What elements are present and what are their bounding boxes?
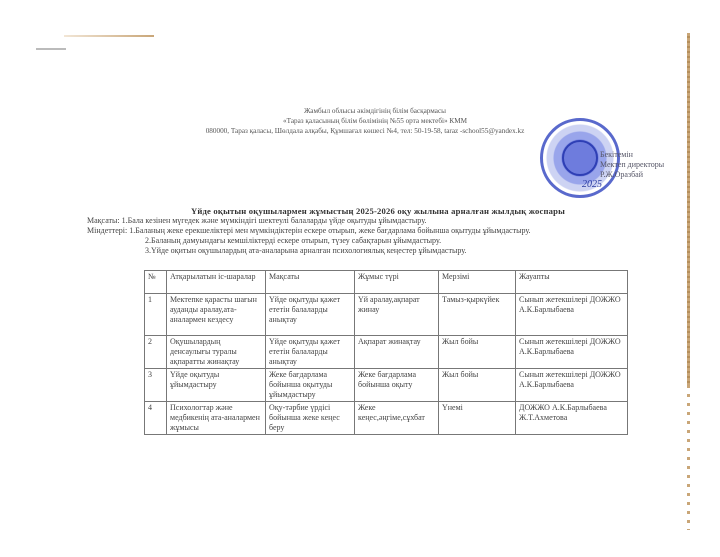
letterhead-department: Жамбыл облысы әкімдігінің білім басқарма… <box>190 106 560 116</box>
cell-deadline: Жыл бойы <box>439 369 516 402</box>
goals-section: Мақсаты: 1.Бала кезінен мүгедек және мүм… <box>87 216 531 256</box>
cell-number: 4 <box>145 402 167 435</box>
cell-work-type: Үй аралау,ақпарат жинау <box>355 294 439 336</box>
header-work-type: Жұмыс түрі <box>355 271 439 294</box>
cell-goal: Үйде оқытуды қажет ететін балаларды анық… <box>266 336 355 369</box>
plan-table: № Атқарылатын іс-шаралар Мақсаты Жұмыс т… <box>144 270 628 435</box>
cell-number: 1 <box>145 294 167 336</box>
goal-label: Мақсаты: <box>87 216 120 226</box>
cell-responsible: Сынып жетекшілері ДОЖЖО А.К.Барлыбаева <box>516 294 628 336</box>
header-goal: Мақсаты <box>266 271 355 294</box>
cell-goal: Оқу-тәрбие үрдісі бойынша жеке кеңес бер… <box>266 402 355 435</box>
signature-date: 2025 <box>582 180 664 190</box>
table-header-row: № Атқарылатын іс-шаралар Мақсаты Жұмыс т… <box>145 271 628 294</box>
cell-activity: Үйде оқытуды ұйымдастыру <box>167 369 266 402</box>
task-item: 2.Баланың дамуындағы кемшіліктерді ескер… <box>145 236 441 245</box>
document-title: Үйде оқытын оқушылармен жұмыстың 2025-20… <box>148 206 608 216</box>
task-item: 3.Үйде оқитын оқушылардың ата-аналарына … <box>145 246 466 255</box>
letterhead: Жамбыл облысы әкімдігінің білім басқарма… <box>190 106 560 136</box>
cell-work-type: Ақпарат жинақтау <box>355 336 439 369</box>
scan-artifact-dash <box>36 48 66 50</box>
stamp-emblem-icon <box>562 140 598 176</box>
table-row: 1 Мектепке қарасты шағын ауданды аралау,… <box>145 294 628 336</box>
tasks-label: Міндеттері: <box>87 226 127 236</box>
letterhead-school: «Тараз қаласының білім бөлімінің №55 орт… <box>190 116 560 126</box>
letterhead-address: 080000, Тараз қаласы, Шөлдала алқабы, Құ… <box>170 126 560 136</box>
scan-artifact-page-edge-dots <box>687 385 690 530</box>
cell-responsible: Сынып жетекшілері ДОЖЖО А.К.Барлыбаева <box>516 369 628 402</box>
approval-label: Бекітемін <box>600 150 664 160</box>
task-item: 1.Баланың жеке ерекшеліктері мен мүмкінд… <box>129 226 530 235</box>
cell-work-type: Жеке кеңес,әңгіме,сұхбат <box>355 402 439 435</box>
approval-name: Р.Ж.Оразбай <box>600 170 664 180</box>
cell-deadline: Үнемі <box>439 402 516 435</box>
cell-activity: Психологтар және медбикенің ата-аналарме… <box>167 402 266 435</box>
table-row: 2 Оқушылардың денсаулығы туралы ақпаратт… <box>145 336 628 369</box>
cell-goal: Жеке бағдарлама бойынша оқытуды ұйымдаст… <box>266 369 355 402</box>
cell-activity: Оқушылардың денсаулығы туралы ақпаратты … <box>167 336 266 369</box>
goal-text: 1.Бала кезінен мүгедек және мүмкіндігі ш… <box>122 216 427 225</box>
cell-number: 3 <box>145 369 167 402</box>
header-number: № <box>145 271 167 294</box>
header-activities: Атқарылатын іс-шаралар <box>167 271 266 294</box>
cell-responsible: Сынып жетекшілері ДОЖЖО А.К.Барлыбаева <box>516 336 628 369</box>
cell-goal: Үйде оқытуды қажет ететін балаларды анық… <box>266 294 355 336</box>
table-row: 4 Психологтар және медбикенің ата-аналар… <box>145 402 628 435</box>
header-responsible: Жауапты <box>516 271 628 294</box>
cell-deadline: Жыл бойы <box>439 336 516 369</box>
cell-deadline: Тамыз-қыркүйек <box>439 294 516 336</box>
header-deadline: Мерзімі <box>439 271 516 294</box>
cell-number: 2 <box>145 336 167 369</box>
scan-artifact-top-line <box>64 35 154 37</box>
approval-position: Мектеп директоры <box>600 160 664 170</box>
scan-artifact-page-edge <box>687 33 690 385</box>
approval-block: Бекітемін Мектеп директоры Р.Ж.Оразбай 2… <box>600 150 664 190</box>
cell-work-type: Жеке бағдарлама бойынша оқыту <box>355 369 439 402</box>
cell-activity: Мектепке қарасты шағын ауданды аралау,ат… <box>167 294 266 336</box>
table-row: 3 Үйде оқытуды ұйымдастыру Жеке бағдарла… <box>145 369 628 402</box>
cell-responsible: ДОЖЖО А.К.Барлыбаева Ж.Т.Ахметова <box>516 402 628 435</box>
